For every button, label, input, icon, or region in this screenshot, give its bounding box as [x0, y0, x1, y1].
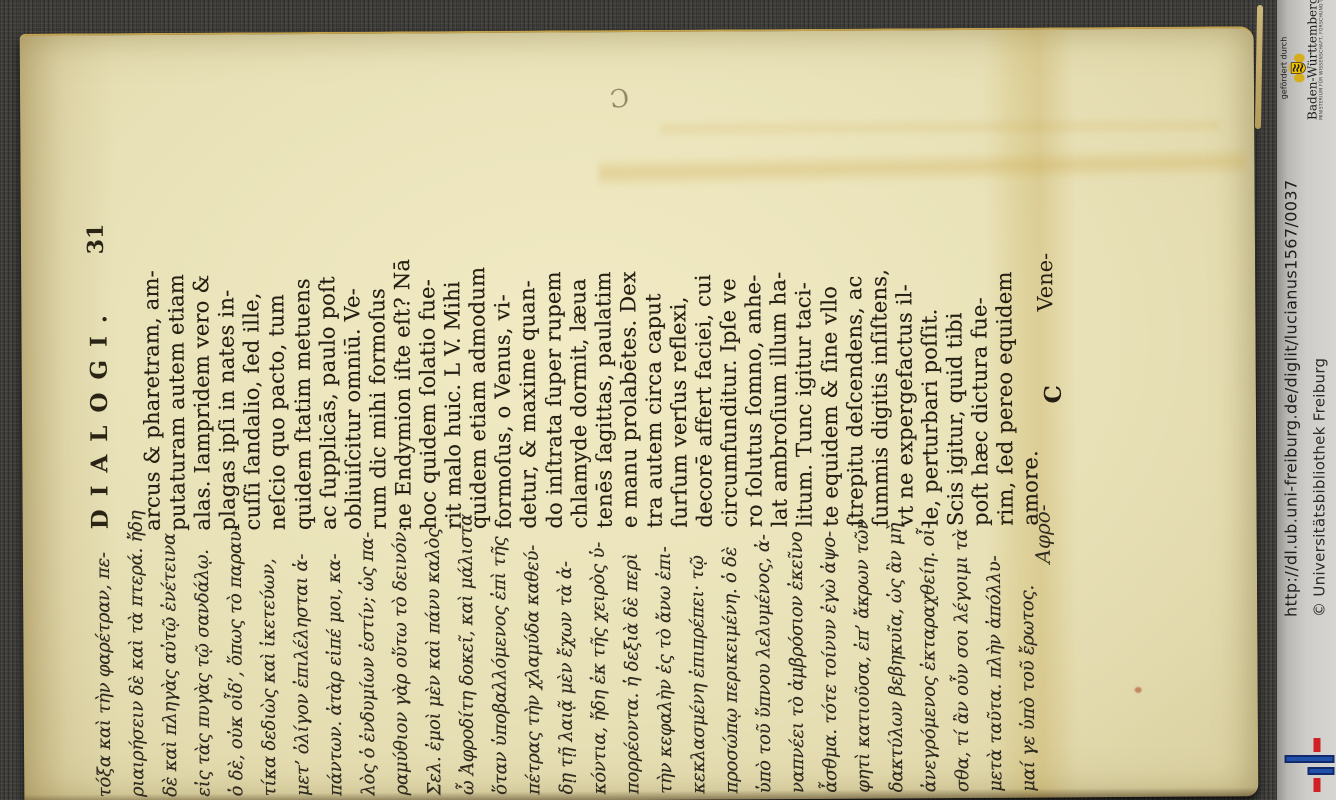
- greek-text-line: κεκλασμένη ἐπιπρέπει· τῷ: [681, 532, 716, 794]
- latin-text-line: vt ne expergefactus il-: [892, 224, 919, 526]
- ub-logo-red-bar: [1313, 738, 1320, 752]
- copyright-notice: © Universitätsbibliothek Freiburg: [1310, 358, 1328, 617]
- baden-wuerttemberg-coat-of-arms: [1288, 50, 1306, 86]
- greek-text-line: πάντων. ἀτὰρ εἰπέ μοι, κα-: [318, 534, 353, 796]
- latin-text-line: rim, ſed pereo equidem: [992, 224, 1019, 526]
- greek-text-line: προσώπῳ περικειμένη. ὁ δὲ: [714, 531, 749, 793]
- latin-text-line: ac ſupplicās, paulo poſt: [315, 228, 342, 530]
- greek-text-line: ὦ Ἀφροδίτη δοκεῖ, καὶ μάλιστα: [450, 533, 485, 795]
- funding-label: gefördert durch: [1279, 16, 1288, 120]
- latin-text-line: obliuiſcitur omniū. Ve-: [340, 228, 367, 530]
- latin-text-line: ſtrepitu deſcendens, ac: [841, 225, 868, 527]
- latin-text-line: circumfunditur. Ipſe ve: [716, 225, 743, 527]
- latin-text-line: rum dic mihi formoſus: [365, 228, 392, 530]
- greek-text-line: ριαιρήσειν δὲ καὶ τὰ πτερά. ἤδη: [120, 535, 155, 797]
- greek-text-line: ὑπὸ τοῦ ὕπνου λελυμένος, ἀ-: [747, 531, 782, 793]
- latin-text-line: neſcio quo pacto, tum: [264, 228, 291, 530]
- ub-logo-blue-bar-short: [1307, 767, 1334, 775]
- greek-text-column: τόξα καὶ τὴν φαρέτραν, πε-ριαιρήσειν δὲ …: [87, 530, 1046, 798]
- latin-text-line: lat ambroſium illum ha-: [766, 225, 793, 527]
- latin-text-line: Scis igitur, quid tibi: [942, 224, 969, 526]
- greek-text-line: πορρέοντα. ἡ δεξιὰ δὲ περὶ: [615, 532, 650, 794]
- latin-text-line: formoſus, o Venus, vi-: [490, 227, 517, 529]
- funding-block: gefördert durch Baden-Württemberg MINIST…: [1279, 16, 1325, 120]
- ub-logo-red-bar: [1313, 778, 1320, 792]
- greek-text-line: πέτρας τὴν χλαμύδα καθεύ-: [516, 533, 551, 795]
- greek-text-line: μαί γε ὑπὸ τοῦ ἔρωτος.: [1011, 530, 1046, 792]
- latin-text-line: detur, & maxime quan-: [515, 227, 542, 529]
- latin-text-line: quidem etiam admodum: [465, 227, 492, 529]
- library-frame-strip: http://dl.ub.uni-freiburg.de/diglit/luci…: [1277, 0, 1336, 800]
- greek-text-line: λὸς ὁ ἐνδυμίων ἐστίν; ὡς πα-: [351, 534, 386, 796]
- latin-text-line: rit malo huic. L V. Mihi: [440, 227, 467, 529]
- page-content-rotated: τόξα καὶ τὴν φαρέτραν, πε-ριαιρήσειν δὲ …: [20, 28, 1259, 800]
- greek-text-line: μετὰ ταῦτα. πλὴν ἀπόλλυ-: [978, 530, 1013, 792]
- signature-mark: C: [1040, 385, 1067, 403]
- latin-text-line: te equidem & ſine vllo: [816, 225, 843, 527]
- ub-freiburg-logo: [1277, 730, 1336, 800]
- running-title: DIALOGI.: [85, 243, 114, 529]
- latin-text-line: e manu prolabētes. Dex: [616, 226, 643, 528]
- greek-text-line: ἆσθμα. τότε τοίνυν ἐγὼ ἀψο-: [813, 531, 848, 793]
- latin-text-line: chlamyde dormit, læua: [565, 226, 592, 528]
- greek-catchword: Αφρο-: [1031, 504, 1055, 563]
- latin-text-line: ſummis digitis inſiſtens,: [867, 224, 894, 526]
- digitized-book-scan-view: { "scan": { "page": { "running_title": "…: [0, 0, 1336, 800]
- greek-text-line: Σελ. ἐμοὶ μὲν καὶ πάνυ καλὸς: [417, 533, 452, 795]
- latin-text-line: ſurſum verſus reflexi,: [666, 226, 693, 528]
- latin-text-line: do inſtrata ſuper rupem: [540, 226, 567, 528]
- greek-text-line: τὴν κεφαλὴν ἐς τὸ ἄνω ἐπι-: [648, 532, 683, 794]
- latin-text-line: tra autem circa caput: [641, 226, 668, 528]
- page-number: 31: [83, 224, 109, 255]
- latin-text-line: ne Endymion iſte eſt? Nā: [390, 227, 417, 529]
- latin-catchword: Vene-: [1033, 253, 1057, 312]
- latin-text-line: alas. Iampridem vero &: [189, 229, 216, 531]
- greek-text-line: μετ’ ὀλίγον ἐπιλέλησται ἁ-: [285, 534, 320, 796]
- ub-logo-blue-bar-long: [1284, 755, 1334, 763]
- latin-text-line: litum. Tunc igitur taci-: [791, 225, 818, 527]
- state-name: Baden-Württemberg: [1306, 16, 1319, 120]
- greek-text-line: δῃ τῇ λαιᾷ μὲν ἔχων τὰ ἀ-: [549, 532, 584, 794]
- greek-text-line: εἰς τὰς πυγὰς τῷ σανδάλῳ.: [186, 535, 221, 797]
- latin-text-line: quidem ſtatim metuens: [289, 228, 316, 530]
- greek-text-line: ὁ δὲ, οὐκ οἶδ’, ὅπως τὸ παραυ-: [219, 534, 254, 796]
- latin-text-line: hoc quidem ſolatio fue-: [415, 227, 442, 529]
- latin-text-line: decorē affert faciei, cui: [691, 226, 718, 528]
- greek-text-line: σθα, τί ἂν οὖν σοι λέγοιμι τὰ: [945, 530, 980, 792]
- strip-content-rotated: http://dl.ub.uni-freiburg.de/diglit/luci…: [1277, 0, 1336, 800]
- greek-text-line: δὲ καὶ πληγὰς αὐτῷ ἐνέτεινα: [153, 535, 188, 797]
- latin-text-line: poſt hæc dictura fue-: [967, 224, 994, 526]
- latin-text-line: arcus & pharetram, am-: [139, 229, 166, 531]
- greek-text-line: δακτύλων βεβηκυῖα, ὡς ἂν μὴ: [879, 530, 914, 792]
- greek-text-line: τίκα δεδιὼς καὶ ἱκετεύων,: [252, 534, 287, 796]
- latin-text-line: plagas ipſi in nates in-: [214, 228, 241, 530]
- greek-text-line: τόξα καὶ τὴν φαρέτραν, πε-: [87, 535, 122, 797]
- latin-text-line: le, perturbari poſſit.: [917, 224, 944, 526]
- greek-text-line: κόντια, ἤδη ἐκ τῆς χειρὸς ὑ-: [582, 532, 617, 794]
- latin-text-line: tenēs ſagittas, paulatim: [591, 226, 618, 528]
- latin-text-line: ro ſolutus ſomno, anhe-: [741, 225, 768, 527]
- source-url: http://dl.ub.uni-freiburg.de/diglit/luci…: [1281, 179, 1300, 617]
- greek-text-line: ραμύθιον γὰρ οὕτω τὸ δεινόν.: [384, 533, 419, 795]
- latin-text-line: putaturam autem etiam: [164, 229, 191, 531]
- greek-text-line: ἀνεγρόμενος ἐκταραχθείη. οἶ-: [912, 530, 947, 792]
- latin-text-line: cuſſi ſandalio, ſed ille,: [239, 228, 266, 530]
- greek-text-line: ὅταν ὑποβαλλόμενος ἐπὶ τῆς: [483, 533, 518, 795]
- latin-text-column: arcus & pharetram, am-putaturam autem et…: [139, 224, 1044, 532]
- greek-text-line: ναπνέει τὸ ἀμβρόσιον ἐκεῖνο: [780, 531, 815, 793]
- book-block-edge: [1255, 5, 1263, 129]
- book-page-scan: Ɔ τόξα καὶ τὴν φαρέτραν, πε-ριαιρήσειν δ…: [20, 26, 1259, 800]
- ministry-line: MINISTERIUM FÜR WISSENSCHAFT, FORSCHUNG …: [1319, 16, 1325, 120]
- greek-text-line: φητὶ κατιοῦσα, ἐπ’ ἄκρων τῶν: [846, 531, 881, 793]
